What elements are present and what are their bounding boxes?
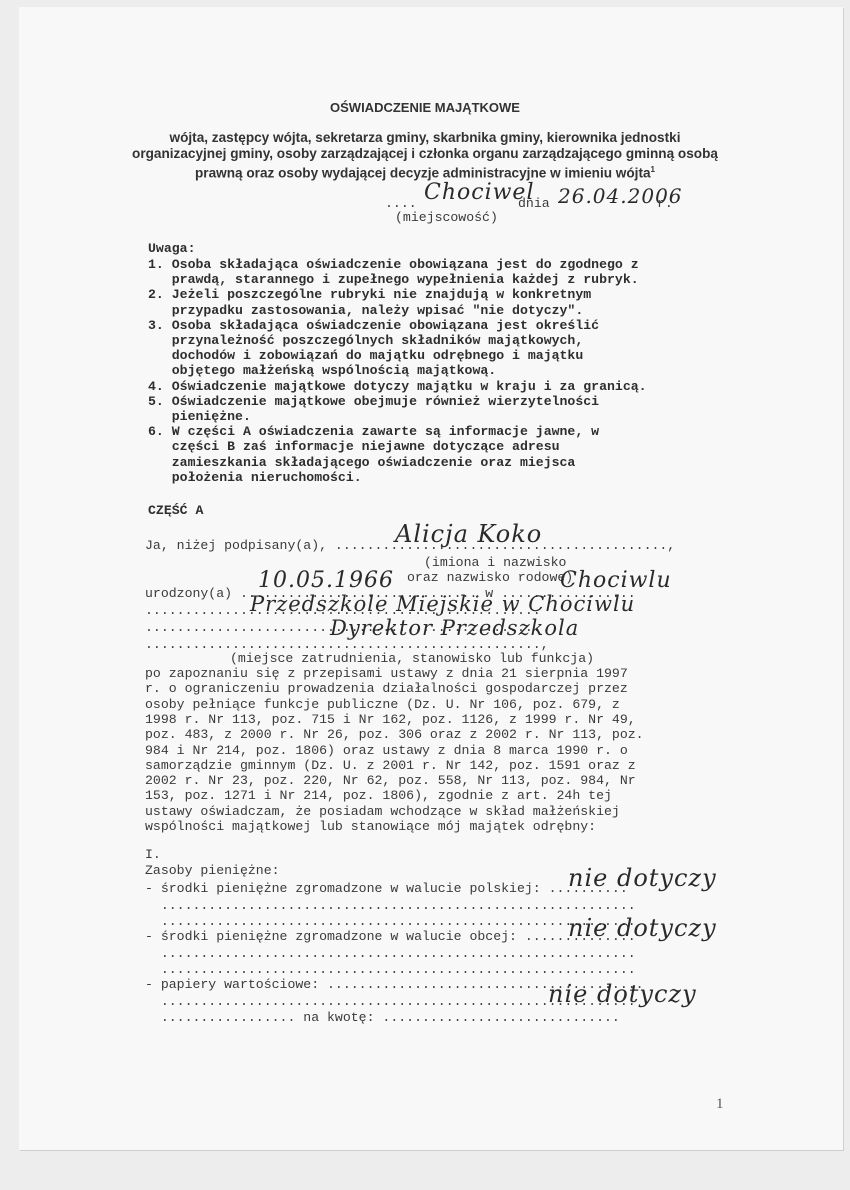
employment-caption: (miejsce zatrudnienia, stanowisko lub fu… [230,651,594,666]
pln-field[interactable]: nie dotyczy [568,864,717,892]
note-line: objętego małżeńską wspólnością majątkową… [148,363,496,378]
note-line: 6. W części A oświadczenia zawarte są in… [148,424,599,439]
note-line: położenia nieruchomości. [148,470,362,485]
section-1-numeral: I. [145,847,161,862]
page-number: 1 [716,1096,724,1113]
note-line: przynależność poszczególnych składników … [148,333,583,348]
name-field[interactable]: Alicja Koko [395,520,542,548]
fx-label: - środki pieniężne zgromadzone w walucie… [145,929,636,944]
note-line: 4. Oświadczenie majątkowe dotyczy majątk… [148,379,647,394]
place-dots: .... [385,196,417,211]
dots-line: ........................................… [145,946,636,961]
legal-text-line: r. o ograniczeniu prowadzenia działalnoś… [145,681,628,696]
note-line: pieniężne. [148,409,251,424]
dots-line: ........................................… [145,962,636,977]
legal-text-line: poz. 483, z 2000 r. Nr 26, poz. 306 oraz… [145,727,644,742]
name-caption-1: (imiona i nazwisko [424,555,566,570]
note-line: 1. Osoba składająca oświadczenie obowiąz… [148,257,639,272]
legal-text-line: osoby pełniące funkcje publiczne (Dz. U.… [145,697,620,712]
notes-heading: Uwaga: [148,241,195,256]
dots-line: ........................................… [145,914,636,929]
subtitle-line-2: organizacyjnej gminy, osoby zarządzające… [0,146,850,162]
legal-text-line: 984 i Nr 214, poz. 1806) oraz ustawy z d… [145,743,628,758]
document-title: OŚWIADCZENIE MAJĄTKOWE [0,100,850,115]
name-caption-2: oraz nazwisko rodowe) [407,570,573,585]
dnia-label: dnia [518,196,550,211]
place-caption: (miejscowość) [395,210,498,225]
position-field[interactable]: Dyrektor Przedszkola [330,616,579,640]
note-line: 2. Jeżeli poszczególne rubryki nie znajd… [148,287,591,302]
footnote-mark: 1 [651,165,655,174]
legal-text-line: wspólności majątkowej lub stanowiące mój… [145,819,596,834]
birth-date-field[interactable]: 10.05.1966 [258,568,394,593]
fx-field[interactable]: nie dotyczy [568,914,717,942]
subtitle-line-3: prawną oraz osoby wydającej decyzje admi… [0,162,850,182]
birth-place-field[interactable]: Chociwlu [560,568,672,593]
amount-label: ................. na kwotę: ............… [145,1010,620,1025]
pln-label: - środki pieniężne zgromadzone w walucie… [145,881,628,896]
subtitle-line-1: wójta, zastępcy wójta, sekretarza gminy,… [0,130,850,146]
securities-field[interactable]: nie dotyczy [548,980,697,1008]
date-suffix: r. [657,196,673,211]
legal-text-line: ustawy oświadczam, że posiadam wchodzące… [145,804,620,819]
note-line: 5. Oświadczenie majątkowe obejmuje równi… [148,394,599,409]
section-1-heading: Zasoby pieniężne: [145,863,280,878]
legal-text-line: 153, poz. 1271 i Nr 214, poz. 1806), zgo… [145,788,612,803]
part-a-heading: CZĘŚĆ A [148,503,203,518]
note-line: przypadku zastosowania, należy wpisać "n… [148,303,583,318]
legal-text-line: 1998 r. Nr 113, poz. 715 i Nr 162, poz. … [145,712,636,727]
note-line: zamieszkania składającego oświadczenie o… [148,455,575,470]
note-line: dochodów i zobowiązań do majątku odrębne… [148,348,583,363]
legal-text-line: po zapoznaniu się z przepisami ustawy z … [145,666,628,681]
note-line: prawdą, starannego i zupełnego wypełnien… [148,272,639,287]
note-line: 3. Osoba składająca oświadczenie obowiąz… [148,318,599,333]
note-line: części B zaś informacje niejawne dotyczą… [148,439,560,454]
legal-text-line: samorządzie gminnym (Dz. U. z 2001 r. Nr… [145,758,636,773]
employment-field[interactable]: Przedszkole Miejskie w Chociwlu [250,592,635,616]
legal-text-line: 2002 r. Nr 23, poz. 220, Nr 62, poz. 558… [145,773,636,788]
dots-line: ........................................… [145,898,636,913]
